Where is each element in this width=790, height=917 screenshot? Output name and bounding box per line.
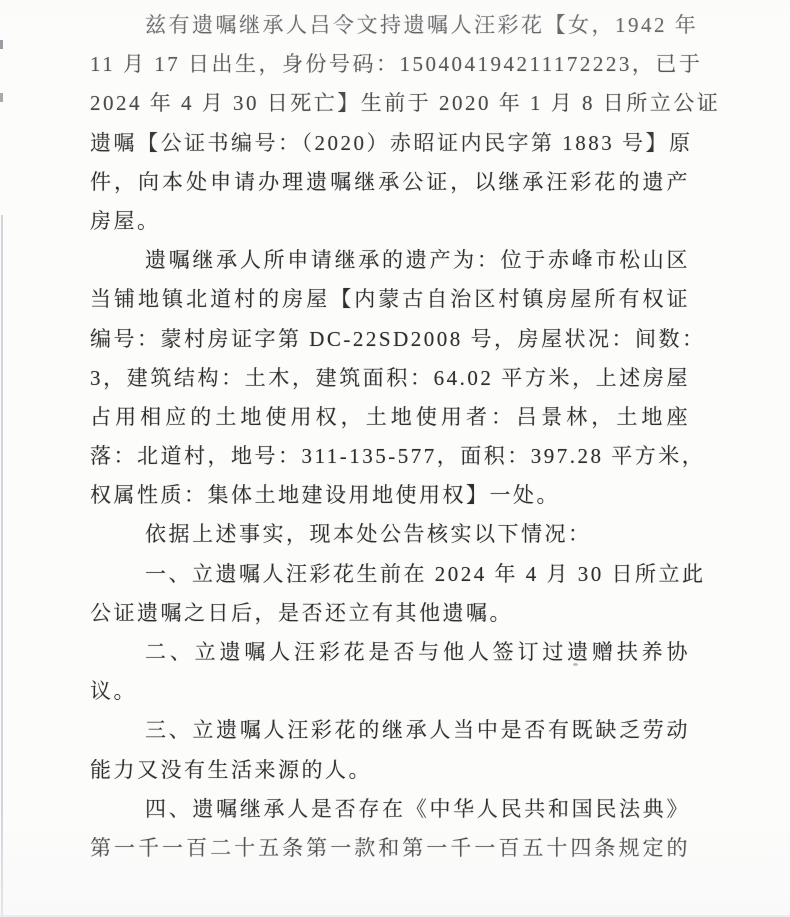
document-line: 遗嘱继承人所申请继承的遗产为：位于赤峰市松山区 <box>90 241 690 280</box>
document-line: 当铺地镇北道村的房屋【内蒙古自治区村镇房屋所有权证 <box>90 280 690 319</box>
document-line: 二、立遗嘱人汪彩花是否与他人签订过遗赠扶养协 <box>90 633 690 672</box>
document-line: 权属性质：集体土地建设用地使用权】一处。 <box>90 476 690 515</box>
document-line: 四、遗嘱继承人是否存在《中华人民共和国民法典》 <box>90 790 690 829</box>
document-line: 遗嘱【公证书编号：（2020）赤昭证内民字第 1883 号】原 <box>90 124 690 163</box>
document-line: 第一千一百二十五条第一款和第一千一百五十四条规定的 <box>90 829 690 868</box>
document-line: 3，建筑结构：土木，建筑面积：64.02 平方米，上述房屋 <box>90 359 690 398</box>
document-line: 公证遗嘱之日后，是否还立有其他遗嘱。 <box>90 594 690 633</box>
scan-speck-artifact <box>0 93 3 102</box>
scan-edge-line-artifact <box>1 215 3 917</box>
document-line: 议。 <box>90 672 690 711</box>
document-line: 11 月 17 日出生，身份号码：150404194211172223，已于 <box>90 45 690 84</box>
document-line: 三、立遗嘱人汪彩花的继承人当中是否有既缺乏劳动 <box>90 711 690 750</box>
document-line: 编号：蒙村房证字第 DC-22SD2008 号，房屋状况：间数： <box>90 320 690 359</box>
document-line: 兹有遗嘱继承人吕令文持遗嘱人汪彩花【女，1942 年 <box>90 6 690 45</box>
scan-speck-artifact <box>0 40 3 49</box>
document-line: 2024 年 4 月 30 日死亡】生前于 2020 年 1 月 8 日所立公证 <box>90 84 690 123</box>
scan-speck-artifact <box>573 663 578 666</box>
document-line: 依据上述事实，现本处公告核实以下情况： <box>90 515 690 554</box>
document-page: 兹有遗嘱继承人吕令文持遗嘱人汪彩花【女，1942 年11 月 17 日出生，身份… <box>0 0 790 917</box>
document-line: 房屋。 <box>90 202 690 241</box>
document-line: 落：北道村，地号：311-135-577，面积：397.28 平方米， <box>90 437 690 476</box>
document-line: 件，向本处申请办理遗嘱继承公证，以继承汪彩花的遗产 <box>90 163 690 202</box>
document-line: 能力又没有生活来源的人。 <box>90 751 690 790</box>
document-line: 一、立遗嘱人汪彩花生前在 2024 年 4 月 30 日所立此 <box>90 555 690 594</box>
document-text-block: 兹有遗嘱继承人吕令文持遗嘱人汪彩花【女，1942 年11 月 17 日出生，身份… <box>90 6 690 868</box>
document-line: 占用相应的土地使用权，土地使用者：吕景林，土地座 <box>90 398 690 437</box>
